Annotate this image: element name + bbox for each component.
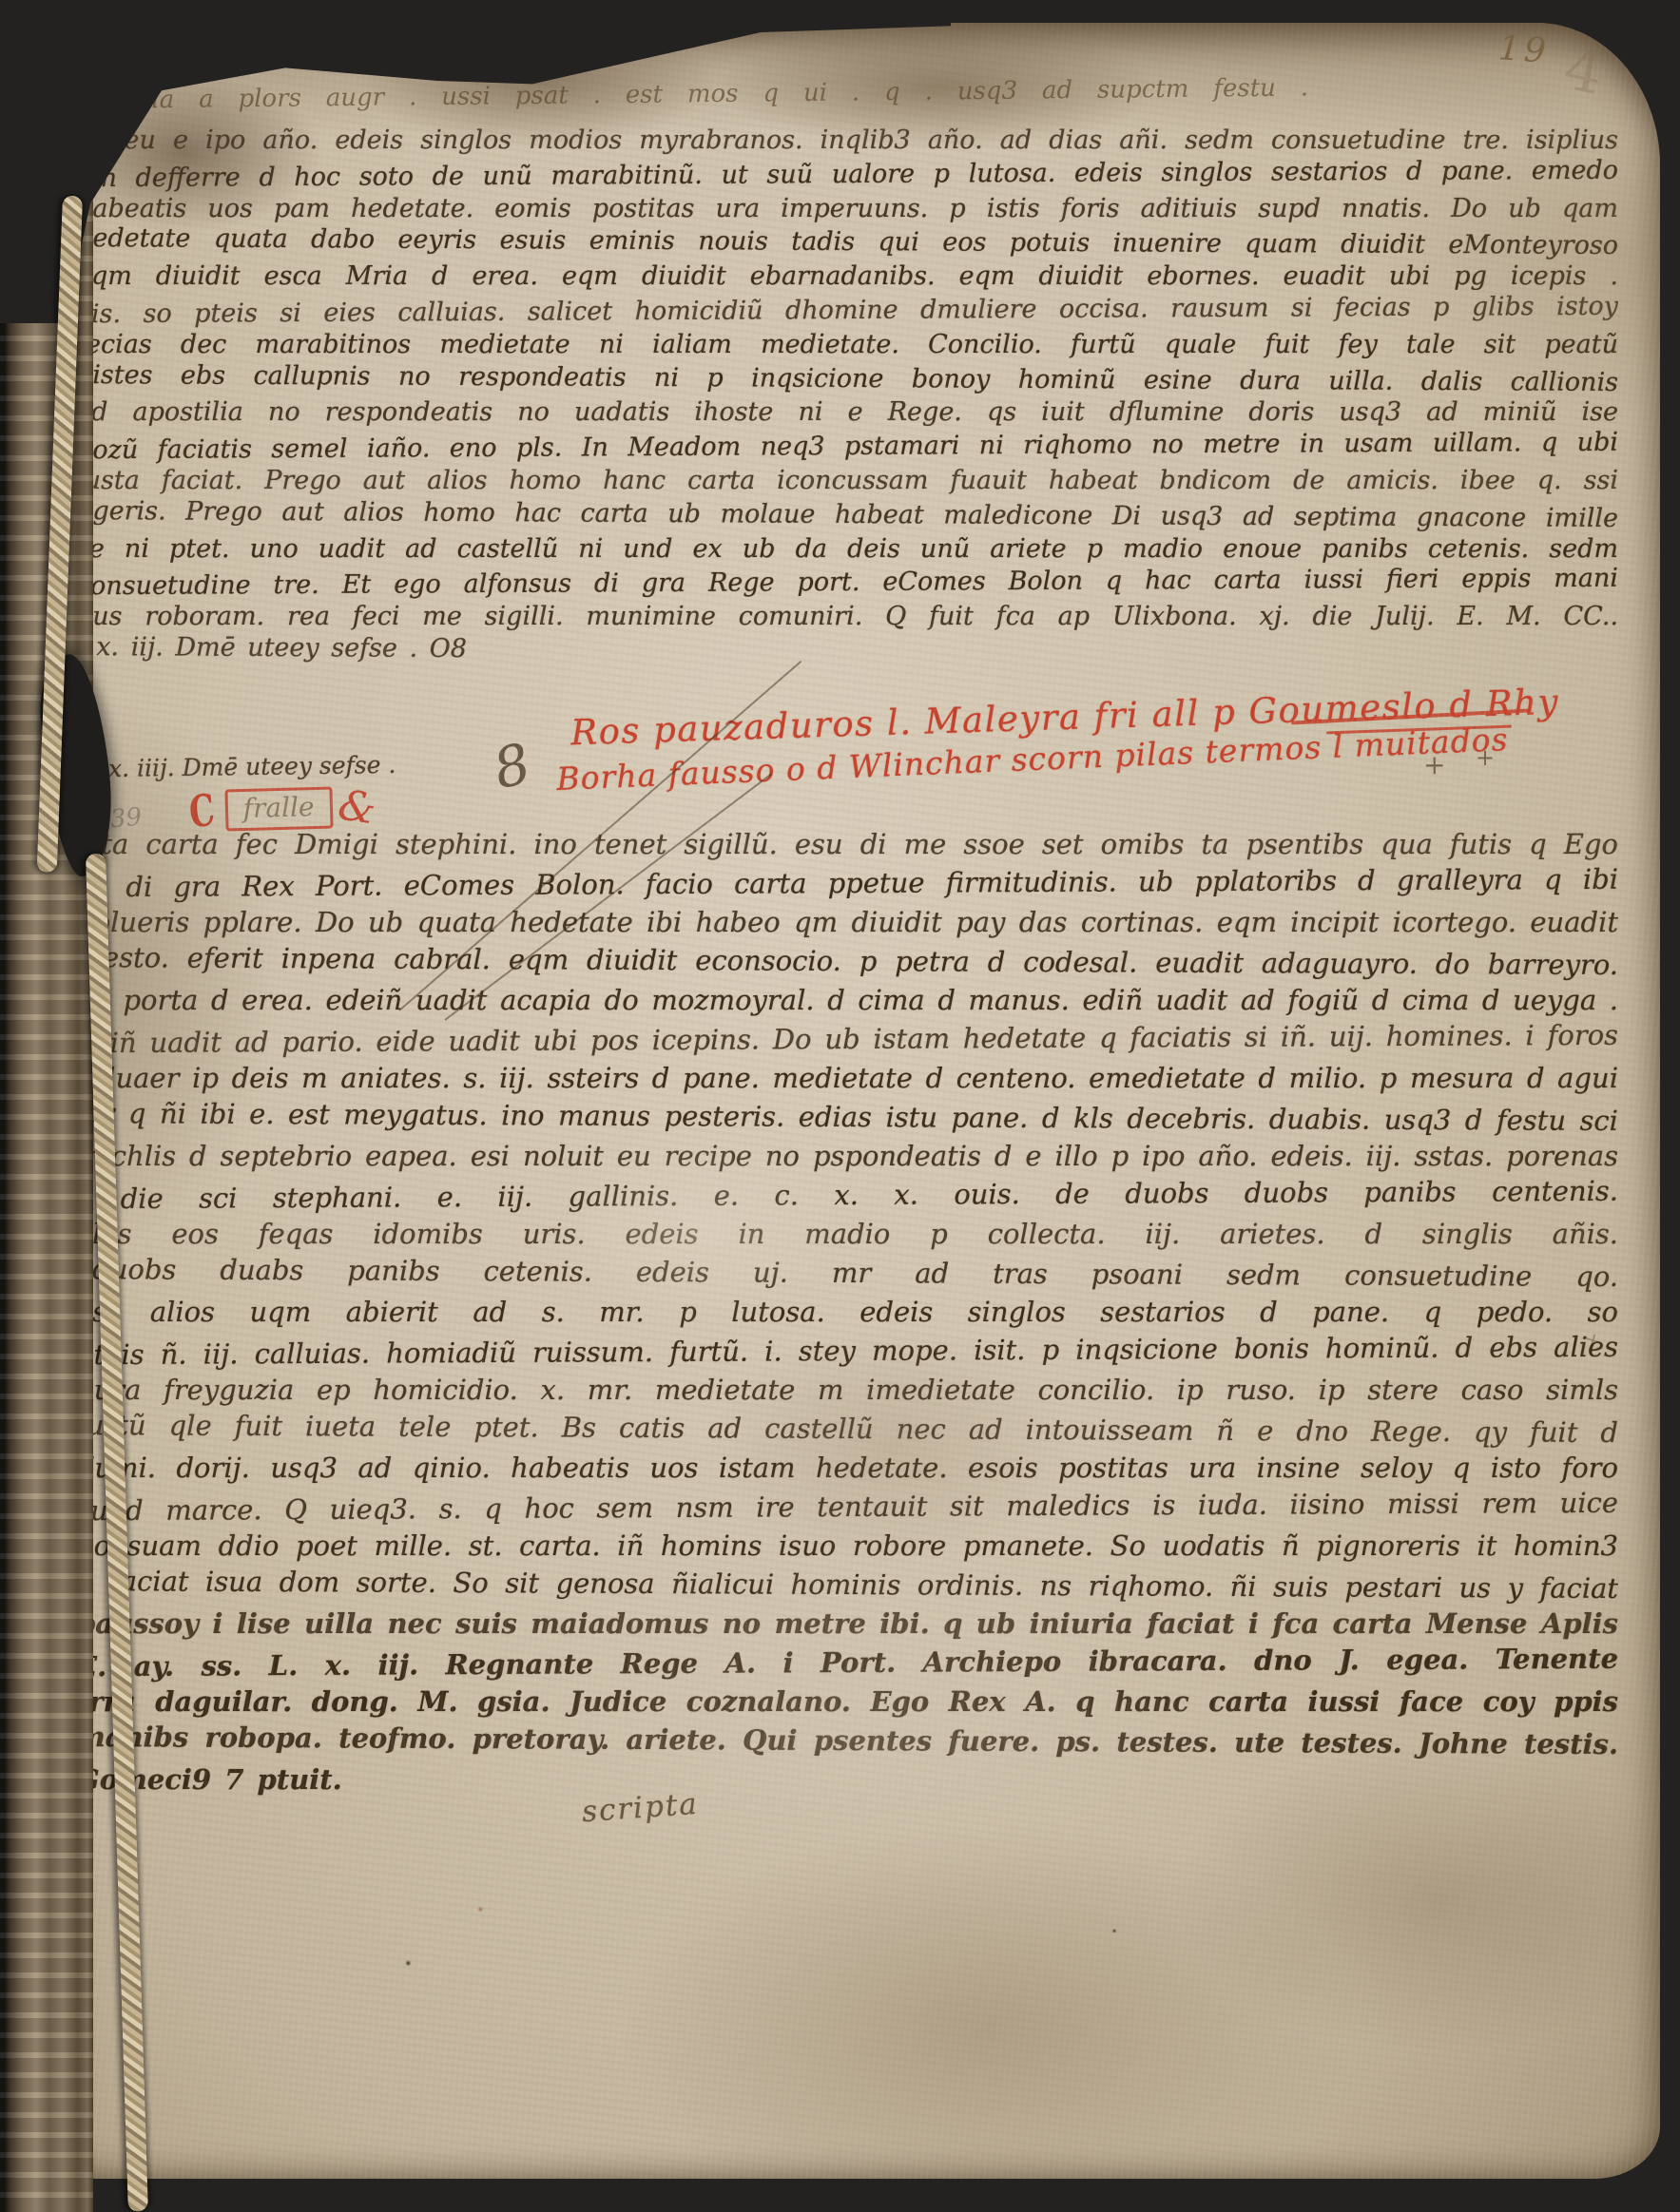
manuscript-line: ediñ uadit ad pario. eide uadit ubi pos … <box>76 1016 1618 1063</box>
text-block-2: Ista carta fec Dmigi stephini. ino tenet… <box>76 825 1618 1799</box>
manuscript-line: lar q ñi ibi e. est meygatus. ino manus … <box>76 1094 1618 1141</box>
manuscript-line: ugeris. Prego aut alios homo hac carta u… <box>76 494 1618 536</box>
manuscript-line: pteis ñ. iij. calluias. homiadiũ ruissum… <box>76 1328 1618 1375</box>
manuscript-line: consuetudine tre. Et ego alfonsus di gra… <box>76 562 1618 604</box>
manuscript-line: A. di gra Rex Port. eComes Bolon. facio … <box>76 860 1618 907</box>
manuscript-line: furtũ qle fuit iueta tele ptet. Bs catis… <box>76 1406 1618 1452</box>
text-block-1: pc eu e ipo año. edeis singlos modios my… <box>76 124 1618 668</box>
manuscript-line: ad porta d erea. edeiñ uadit acapia do m… <box>76 981 1618 1020</box>
manuscript-line: eles eos feqas idomibs uris. edeis in ma… <box>76 1215 1618 1254</box>
manuscript-line: flumi. dorij. usq3 ad qinio. habeatis uo… <box>76 1449 1618 1488</box>
manuscript-line: saluaer ip deis m aniates. s. iij. sstei… <box>76 1059 1618 1098</box>
manuscript-line: iusta faciat. Prego aut alios homo hanc … <box>76 464 1618 498</box>
manuscript-line: eduobs duabs panibs cetenis. edeis uj. m… <box>76 1250 1618 1297</box>
manuscript-photo: uilla a plors augr . ussi psat . est mos… <box>0 0 1680 2212</box>
manuscript-line: uolueris pplare. Do ub quata hedetate ib… <box>76 903 1618 942</box>
manuscript-line: eis. so pteis si eies calluias. salicet … <box>76 290 1618 332</box>
manuscript-line: Gomeci9 7 ptuit. <box>76 1760 1618 1799</box>
manuscript-line: E. ay. ss. L. x. iij. Regnante Rege A. i… <box>76 1640 1618 1686</box>
manuscript-line: pozũ faciatis semel iaño. eno pls. In Me… <box>76 426 1618 468</box>
margin-cross-mark: + <box>1423 749 1445 780</box>
binding-gutter <box>0 196 93 2212</box>
manuscript-line: fecias dec marabitinos medietate ni iali… <box>76 328 1618 362</box>
manuscript-line: qm defferre d hoc soto de unũ marabitinũ… <box>76 154 1618 196</box>
folio-number: 19 <box>1497 29 1552 71</box>
manuscript-line: eqm diuidit esca Mria d erea. eqm diuidi… <box>76 260 1618 294</box>
manuscript-line: michlis d septebrio eapea. esi noluit eu… <box>76 1137 1618 1176</box>
manuscript-line: se ni ptet. uno uadit ad castellũ ni und… <box>76 532 1618 567</box>
manuscript-line: supd marce. Q uieq3. s. q hoc sem nsm ir… <box>76 1484 1618 1530</box>
manuscript-line: afesto. eferit inpena cabral. eqm diuidi… <box>76 938 1618 985</box>
manuscript-line: i die sci stephani. e. iij. gallinis. e.… <box>76 1172 1618 1219</box>
manuscript-line: do suam ddio poet mille. st. carta. iñ h… <box>76 1527 1618 1566</box>
manuscript-line: bus roboram. rea feci me sigilli. munimi… <box>76 600 1618 634</box>
interlinear-note: lx. iiij. Dmē uteey sefse . <box>101 751 396 782</box>
manuscript-line: pc eu e ipo año. edeis singlos modios my… <box>76 124 1618 158</box>
manuscript-line: manibs robopa. teofmo. pretoray. ariete.… <box>76 1718 1618 1764</box>
manuscript-line: esi alios uqm abierit ad s. mr. p lutosa… <box>76 1293 1618 1332</box>
margin-cross-mark: + <box>1476 744 1495 771</box>
manuscript-line: q faciat isua dom sorte. So sit genosa ñ… <box>76 1562 1618 1608</box>
manuscript-line: l x. iij. Dmē uteey sefse . O8 <box>76 630 1618 672</box>
manuscript-line: ad apostilia no respondeatis no uadatis … <box>76 395 1618 430</box>
manuscript-line: habeatis uos pam hedetate. eomis postita… <box>76 192 1618 226</box>
manuscript-line: Ista carta fec Dmigi stephini. ino tenet… <box>76 825 1618 864</box>
manuscript-line: paussoy i lise uilla nec suis maiadomus … <box>76 1605 1618 1644</box>
manuscript-line: dura freyguzia ep homicidio. x. mr. medi… <box>76 1371 1618 1410</box>
manuscript-line: trra daguilar. dong. M. gsia. Judice coz… <box>76 1683 1618 1722</box>
manuscript-line: distes ebs callupnis no respondeatis ni … <box>76 358 1618 400</box>
manuscript-line: hedetate quata dabo eeyris esuis eminis … <box>76 221 1618 263</box>
